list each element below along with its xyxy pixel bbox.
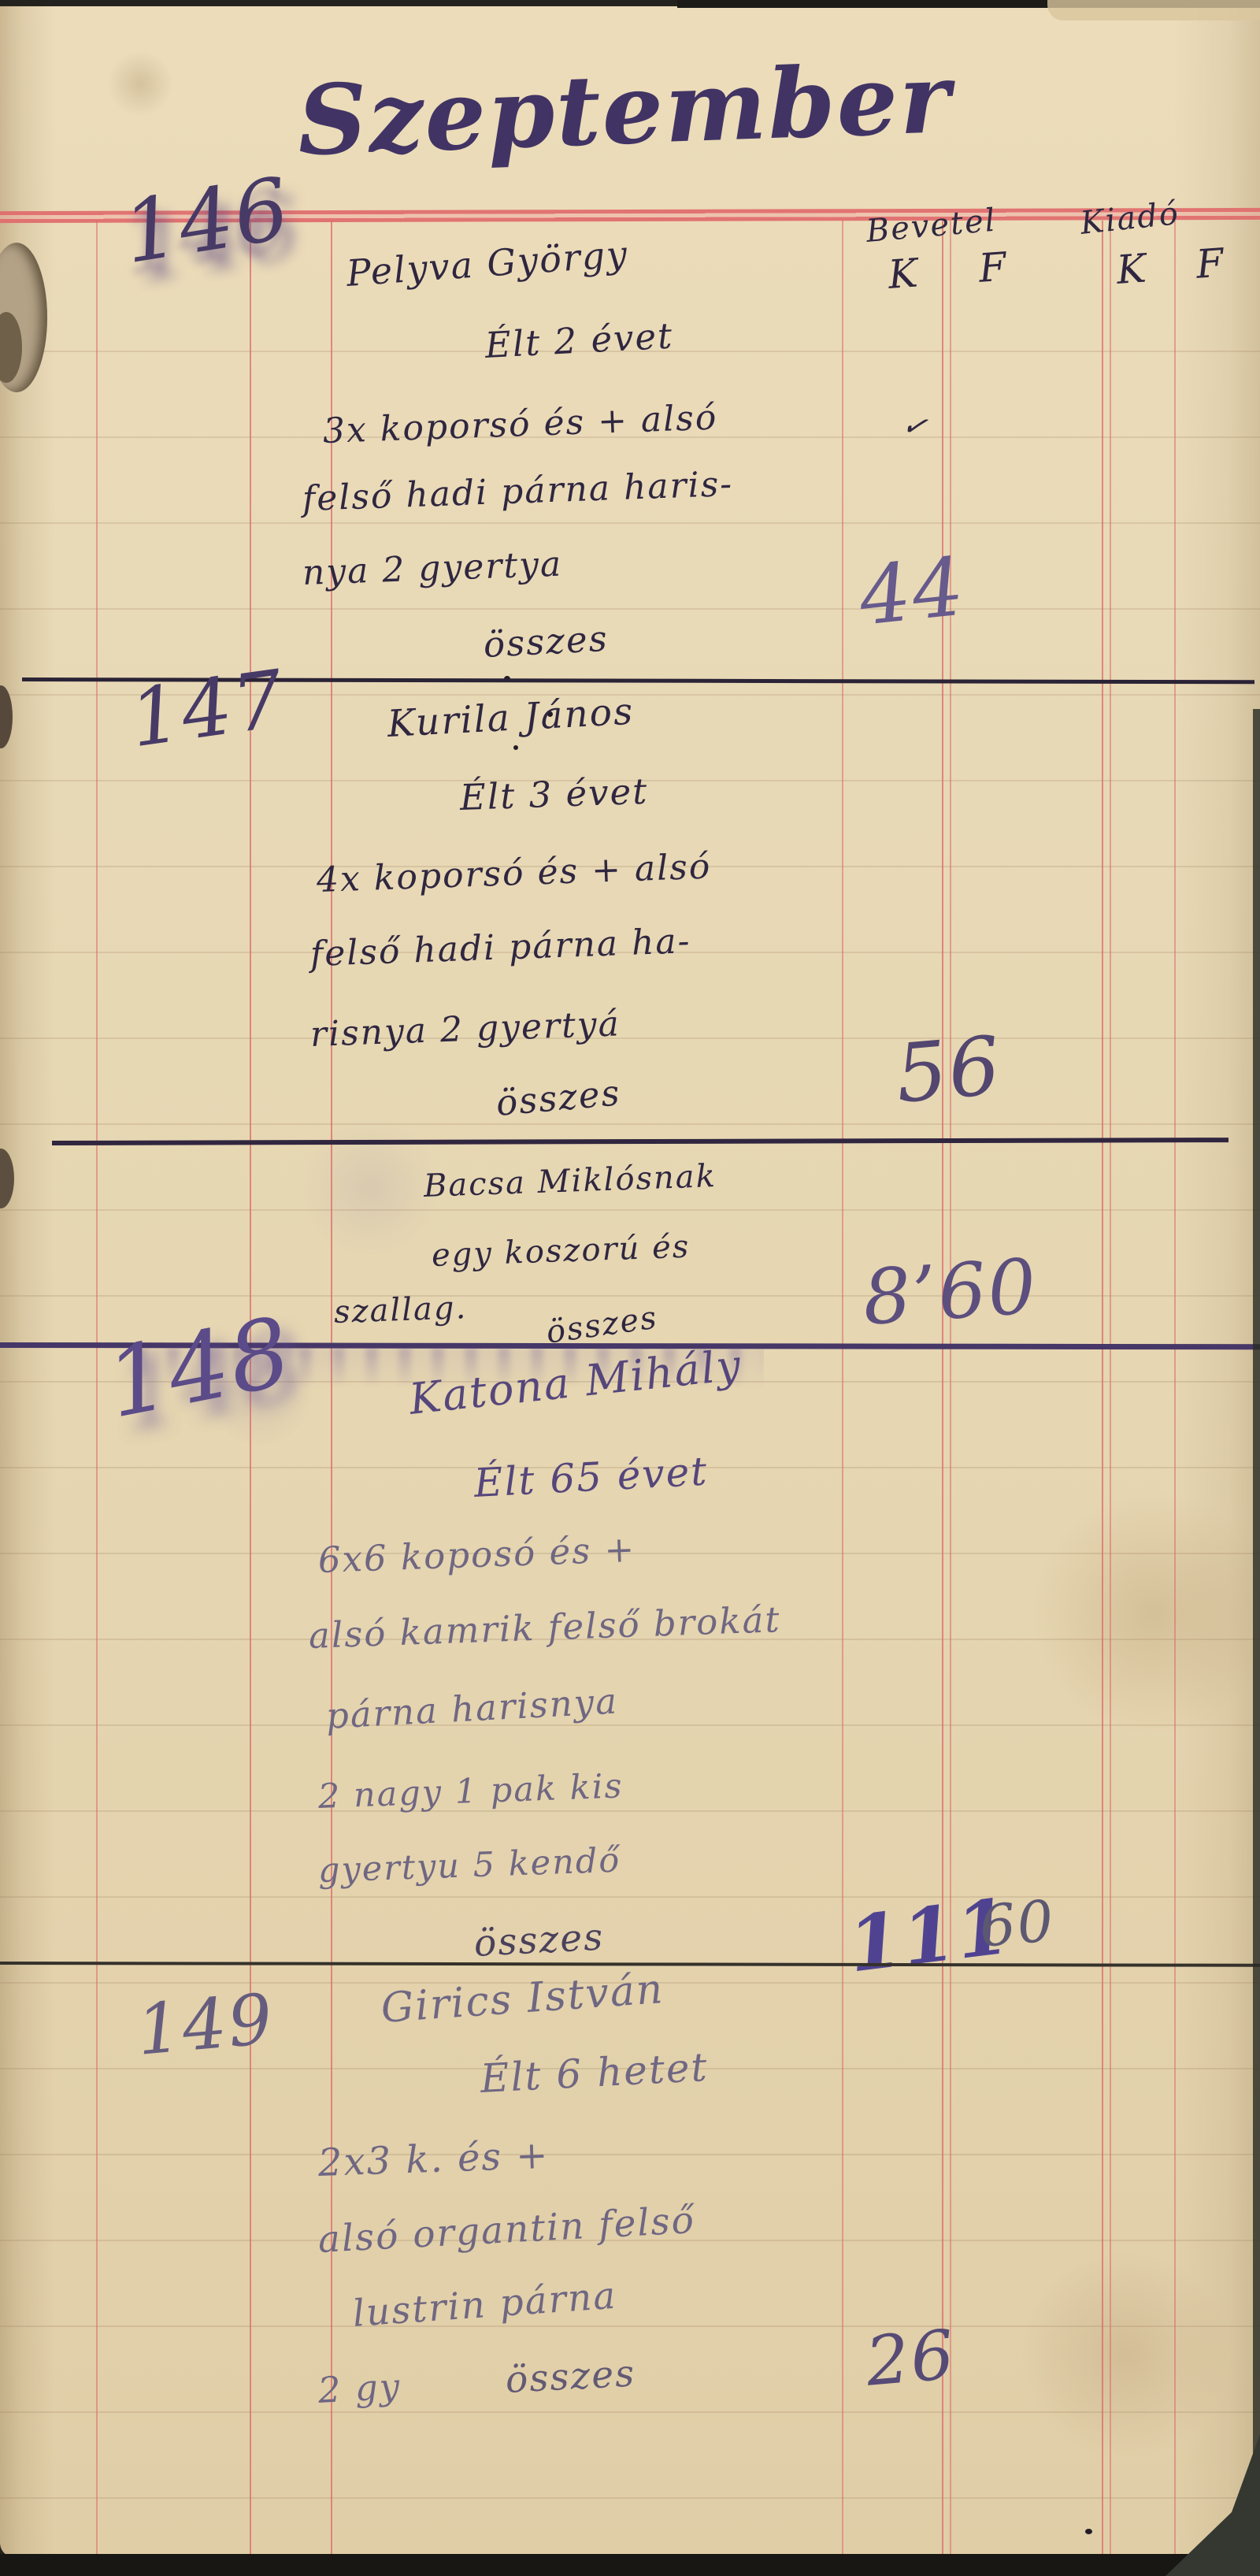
amount-col-line-1: [842, 221, 843, 2557]
total-label: összes: [505, 2355, 636, 2399]
total-amount: 26: [863, 2321, 958, 2396]
entry-number: 146: [118, 166, 296, 277]
total-amount-fraction: 60: [977, 1892, 1058, 1955]
entry-number: 149: [134, 1984, 276, 2066]
total-amount: 44: [856, 547, 969, 637]
entry-number: 147: [125, 659, 290, 759]
margin-line-1: [96, 221, 98, 2557]
sub-entry-line: szallag.: [333, 1292, 467, 1328]
ink-speck-3: [513, 745, 518, 750]
age-line: Élt 2 évet: [484, 318, 674, 363]
amount-col-line-4: [1174, 221, 1176, 2557]
detail-line: 2 gy: [317, 2369, 402, 2408]
total-label: összes: [483, 621, 610, 663]
detail-line: 6x6 koposó és +: [317, 1531, 636, 1578]
scan-bottom-edge: [0, 2554, 1260, 2576]
detail-line: 2x3 k. és +: [317, 2136, 550, 2182]
page-right-edge-shadow: [1253, 709, 1260, 2576]
total-label: összes: [473, 1918, 605, 1962]
total-label: összes: [495, 1075, 622, 1121]
amount-col-line-3a: [1102, 221, 1103, 2557]
income-units-header: K F: [887, 247, 1009, 294]
ledger-page: Szeptember Bevetel Kiadó K F K F 146 Pel…: [0, 6, 1260, 2557]
detail-line: gyertyu 5 kendő: [317, 1844, 621, 1888]
month-header: Szeptember: [296, 50, 953, 169]
sub-entry-line: egy koszorú és: [431, 1231, 691, 1271]
ink-speck-4: [1085, 2529, 1092, 2534]
age-line: Élt 65 évet: [473, 1451, 710, 1503]
expense-column-header: Kiadó: [1079, 198, 1181, 239]
age-line: Élt 6 hetet: [480, 2047, 710, 2099]
total-amount: 8’60: [861, 1249, 1040, 1336]
total-amount: 56: [893, 1026, 1005, 1115]
adjacent-page-edge: [1047, 0, 1260, 20]
age-line: Élt 3 évet: [459, 774, 649, 815]
expense-units-header: K F: [1115, 243, 1226, 290]
amount-col-line-3b: [1110, 221, 1111, 2557]
detail-line: nya 2 gyertya: [302, 547, 563, 590]
